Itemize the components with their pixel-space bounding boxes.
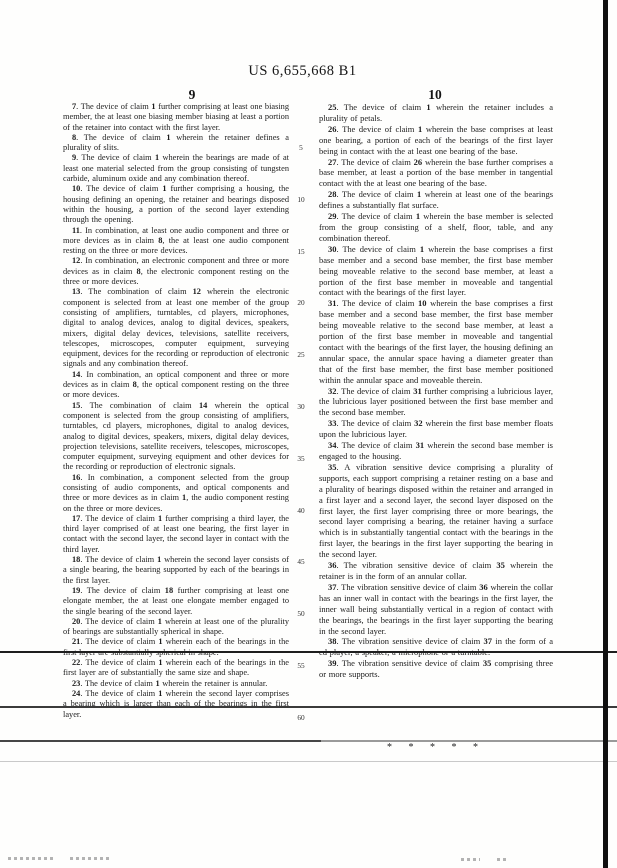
claim-35: 35. A vibration sensitive device compris…	[319, 462, 553, 560]
end-of-claims-marker: * * * * *	[371, 742, 501, 753]
line-number-10: 10	[292, 195, 310, 205]
smudge-mark	[497, 858, 507, 861]
claim-20: 20. The device of claim 1 wherein at lea…	[63, 617, 289, 638]
claim-29: 29. The device of claim 1 wherein the ba…	[319, 211, 553, 244]
claim-37: 37. The vibration sensitive device of cl…	[319, 582, 553, 637]
claim-24: 24. The device of claim 1 wherein the se…	[63, 689, 289, 720]
line-number-45: 45	[292, 557, 310, 567]
line-number-30: 30	[292, 402, 310, 412]
claim-10: 10. The device of claim 1 further compri…	[63, 184, 289, 225]
smudge-mark	[461, 858, 480, 861]
line-number-40: 40	[292, 506, 310, 516]
line-number-15: 15	[292, 247, 310, 257]
strike-line	[0, 740, 617, 742]
column-number-left: 9	[172, 87, 212, 103]
claim-25: 25. The device of claim 1 wherein the re…	[319, 102, 553, 124]
claim-26: 26. The device of claim 1 wherein the ba…	[319, 124, 553, 157]
patent-page: US 6,655,668 B1 9 10 7. The device of cl…	[0, 0, 617, 868]
strike-line	[0, 651, 617, 653]
claim-8: 8. The device of claim 1 wherein the ret…	[63, 133, 289, 154]
claim-19: 19. The device of claim 18 further compr…	[63, 586, 289, 617]
claim-34: 34. The device of claim 31 wherein the s…	[319, 440, 553, 462]
claim-22: 22. The device of claim 1 wherein each o…	[63, 658, 289, 679]
line-number-60: 60	[292, 713, 310, 723]
claim-7: 7. The device of claim 1 further compris…	[63, 102, 289, 133]
line-number-50: 50	[292, 609, 310, 619]
claim-12: 12. In combination, an electronic compon…	[63, 256, 289, 287]
claim-23: 23. The device of claim 1 wherein the re…	[63, 679, 289, 689]
line-number-5: 5	[292, 143, 310, 153]
claims-column-left: 7. The device of claim 1 further compris…	[63, 102, 289, 720]
column-number-right: 10	[415, 87, 455, 103]
claim-9: 9. The device of claim 1 wherein the bea…	[63, 153, 289, 184]
line-number-25: 25	[292, 350, 310, 360]
claim-39: 39. The vibration sensitive device of cl…	[319, 658, 553, 680]
claim-18: 18. The device of claim 1 wherein the se…	[63, 555, 289, 586]
line-number-55: 55	[292, 661, 310, 671]
patent-number-header: US 6,655,668 B1	[0, 63, 605, 80]
claim-21: 21. The device of claim 1 wherein each o…	[63, 637, 289, 658]
line-number-20: 20	[292, 298, 310, 308]
claim-14: 14. In combination, an optical component…	[63, 370, 289, 401]
strike-line	[0, 761, 617, 762]
claim-28: 28. The device of claim 1 wherein at lea…	[319, 189, 553, 211]
claim-15: 15. The combination of claim 14 wherein …	[63, 401, 289, 473]
scan-edge-border	[603, 0, 608, 868]
smudge-mark	[8, 857, 54, 860]
claim-38: 38. The vibration sensitive device of cl…	[319, 636, 553, 658]
claim-11: 11. In combination, at least one audio c…	[63, 226, 289, 257]
strike-line	[0, 706, 617, 708]
smudge-mark	[70, 857, 110, 860]
claim-17: 17. The device of claim 1 further compri…	[63, 514, 289, 555]
claim-32: 32. The device of claim 31 further compr…	[319, 386, 553, 419]
claim-16: 16. In combination, a component selected…	[63, 473, 289, 514]
claim-33: 33. The device of claim 32 wherein the f…	[319, 418, 553, 440]
claim-36: 36. The vibration sensitive device of cl…	[319, 560, 553, 582]
line-number-35: 35	[292, 454, 310, 464]
claim-31: 31. The device of claim 10 wherein the b…	[319, 298, 553, 385]
claim-30: 30. The device of claim 1 wherein the ba…	[319, 244, 553, 299]
claim-27: 27. The device of claim 26 wherein the b…	[319, 157, 553, 190]
claims-column-right: 25. The device of claim 1 wherein the re…	[319, 102, 553, 680]
claim-13: 13. The combination of claim 12 wherein …	[63, 287, 289, 369]
